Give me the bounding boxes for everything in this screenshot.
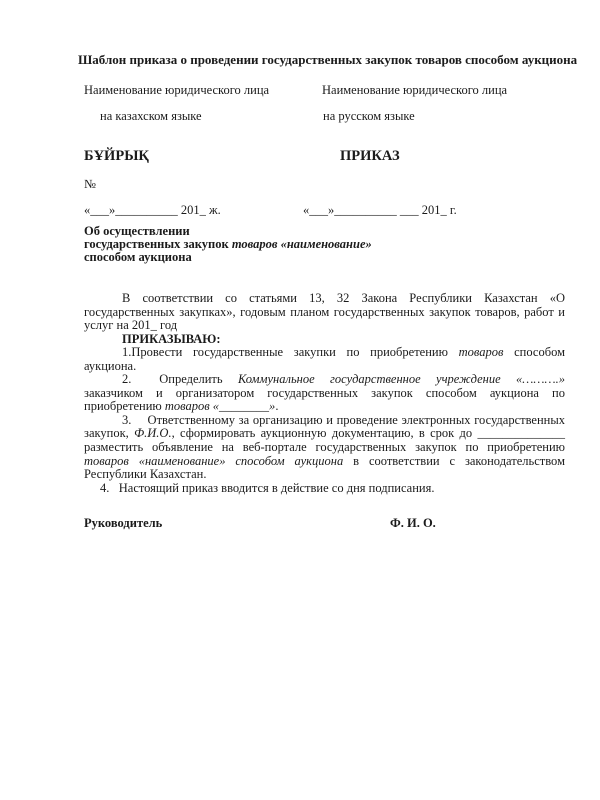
order-body: В соответствии со статьями 13, 32 Закона… bbox=[84, 292, 565, 495]
order-item-2: 2. Определить Коммунальное государственн… bbox=[84, 373, 565, 414]
item-3-italic-fio: Ф.И.О. bbox=[134, 426, 171, 440]
date-blank-russian: «___»__________ ___ 201_ г. bbox=[303, 203, 457, 218]
intro-paragraph: В соответствии со статьями 13, 32 Закона… bbox=[84, 292, 565, 333]
item-2-text-mid: заказчиком и организатором государственн… bbox=[84, 386, 565, 414]
item-2-text-end: . bbox=[275, 399, 278, 413]
order-word-russian: ПРИКАЗ bbox=[340, 148, 400, 165]
item-1-italic: товаров bbox=[459, 345, 504, 359]
document-title: Шаблон приказа о проведении государствен… bbox=[78, 52, 570, 68]
subject-line-2-italic: товаров «наименование» bbox=[232, 237, 372, 251]
order-subject: Об осуществлении государственных закупок… bbox=[84, 225, 372, 265]
org-name-russian: Наименование юридического лица bbox=[322, 83, 507, 98]
lang-label-russian: на русском языке bbox=[323, 109, 415, 124]
order-word-kazakh: БҰЙРЫҚ bbox=[84, 148, 149, 165]
subject-line-2-bold: государственных закупок bbox=[84, 237, 232, 251]
item-2-text: 2. Определить bbox=[122, 372, 238, 386]
order-item-4: 4. Настоящий приказ вводится в действие … bbox=[84, 482, 565, 496]
item-4-text: 4. Настоящий приказ вводится в действие … bbox=[100, 481, 434, 495]
document-page: Шаблон приказа о проведении государствен… bbox=[0, 0, 600, 800]
order-number-sign: № bbox=[84, 177, 96, 192]
order-item-1: 1.Провести государственные закупки по пр… bbox=[84, 346, 565, 373]
signature-position: Руководитель bbox=[84, 516, 162, 531]
item-2-italic-org: Коммунальное государственное учреждение … bbox=[238, 372, 565, 386]
subject-line-3: способом аукциона bbox=[84, 251, 372, 264]
order-item-3: 3. Ответственному за организацию и прове… bbox=[84, 414, 565, 482]
org-name-kazakh: Наименование юридического лица bbox=[84, 83, 269, 98]
lang-label-kazakh: на казахском языке bbox=[100, 109, 202, 124]
signature-name: Ф. И. О. bbox=[390, 516, 436, 531]
item-3-italic-goods: товаров «наименование» способом аукциона bbox=[84, 454, 343, 468]
item-1-text: 1.Провести государственные закупки по пр… bbox=[122, 345, 459, 359]
item-2-italic-goods: товаров «________» bbox=[165, 399, 275, 413]
command-word: ПРИКАЗЫВАЮ: bbox=[84, 333, 565, 347]
date-blank-kazakh: «___»__________ 201_ ж. bbox=[84, 203, 221, 218]
